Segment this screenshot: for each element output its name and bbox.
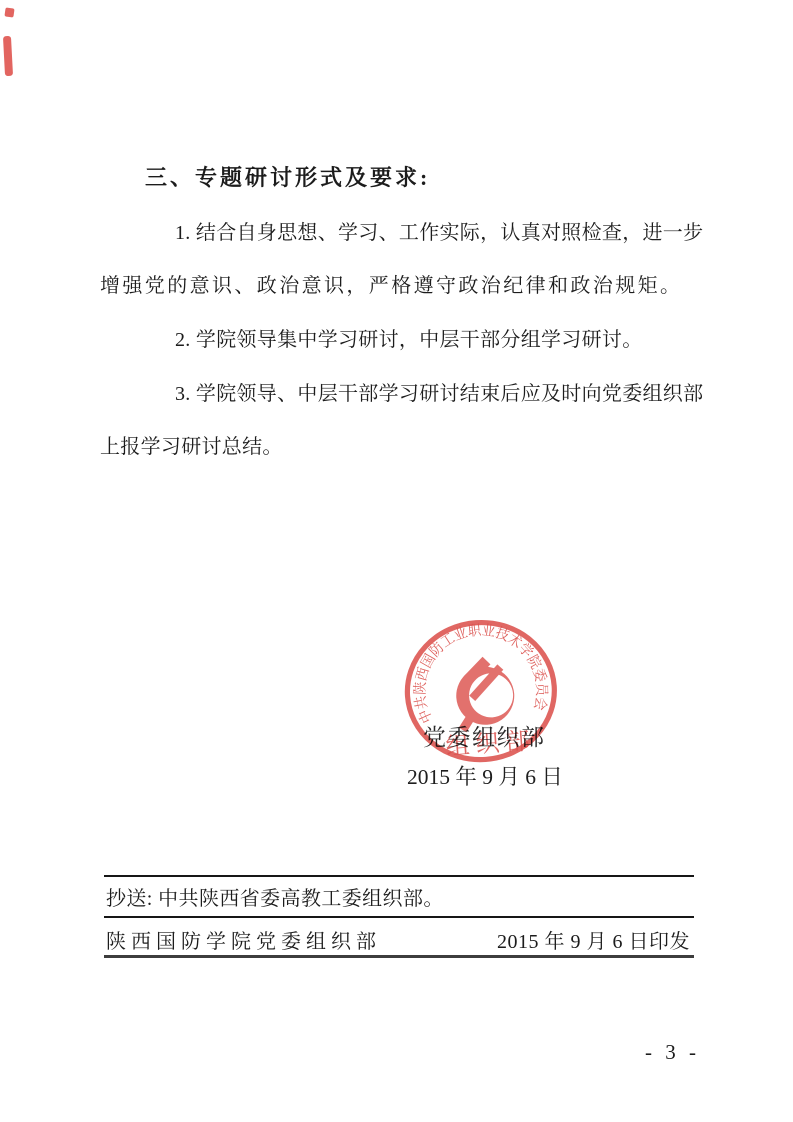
body-line: 上报学习研讨总结。 <box>100 430 283 459</box>
body-line: 3. 学院领导、中层干部学习研讨结束后应及时向党委组织部 <box>175 377 703 406</box>
body-line: 2. 学院领导集中学习研讨，中层干部分组学习研讨。 <box>175 323 643 352</box>
red-scan-artifact <box>4 7 14 17</box>
print-date: 2015 年 9 月 6 日印发 <box>497 925 690 954</box>
seal-bottom-text: 组 织 部 <box>445 728 531 761</box>
hammer-sickle-icon <box>454 655 517 733</box>
page-number: - 3 - <box>645 1040 700 1065</box>
document-page: 三、专题研讨形式及要求: 1. 结合自身思想、学习、工作实际，认真对照检查，进一… <box>0 0 793 1122</box>
body-line: 1. 结合自身思想、学习、工作实际，认真对照检查，进一步 <box>175 216 703 245</box>
red-scan-artifact <box>3 36 13 76</box>
official-seal-stamp: 中共陕西国防工业职业技术学院委员会 组 织 部 <box>398 613 566 774</box>
footer-divider-top <box>104 875 694 877</box>
footer-divider-middle <box>104 916 694 918</box>
cc-line: 抄送: 中共陕西省委高教工委组织部。 <box>106 882 444 911</box>
footer-divider-bottom <box>104 955 694 958</box>
issuing-department: 陕西国防学院党委组织部 <box>106 925 381 954</box>
section-heading: 三、专题研讨形式及要求: <box>145 161 430 192</box>
body-line: 增强党的意识、政治意识，严格遵守政治纪律和政治规矩。 <box>100 269 682 298</box>
